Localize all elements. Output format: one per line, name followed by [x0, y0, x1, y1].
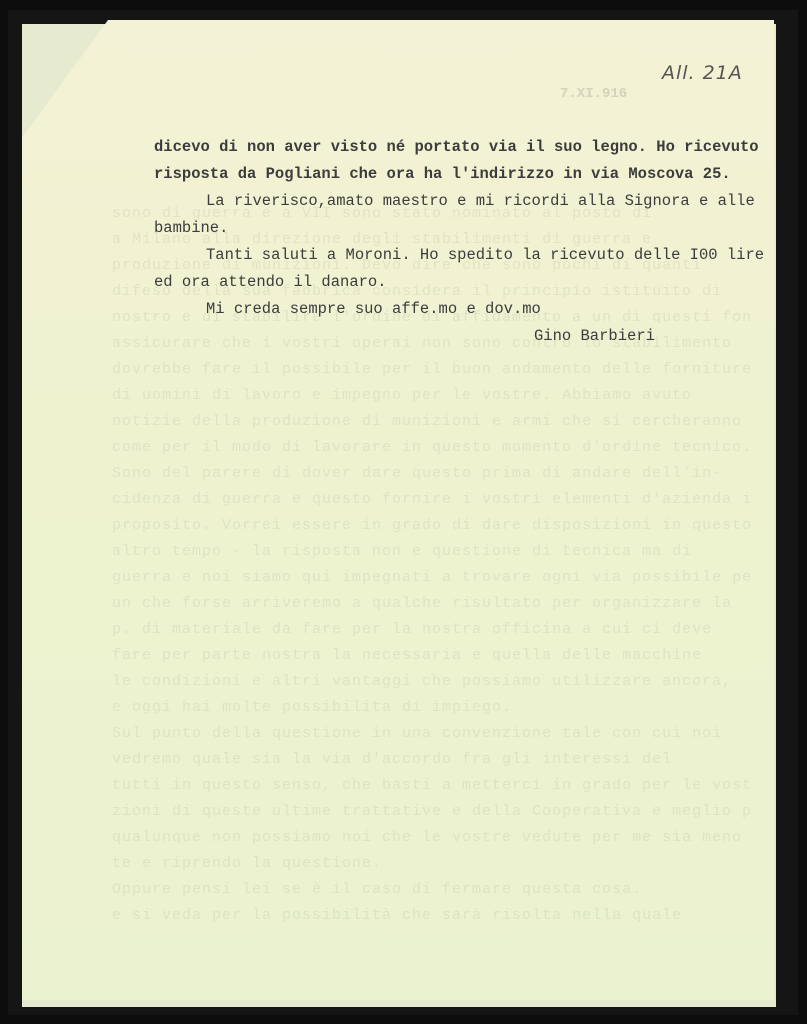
- letter-line: Tanti saluti a Moroni. Ho spedito la ric…: [154, 242, 754, 269]
- bleed-line: come per il modo di lavorare in questo m…: [112, 439, 752, 456]
- letter-body: dicevo di non aver visto né portato via …: [154, 134, 754, 350]
- letter-line: bambine.: [154, 215, 754, 242]
- bleed-line: notizie della produzione di munizioni e …: [112, 413, 752, 430]
- bleed-line: e oggi hai molte possibilita di impiego.: [112, 699, 752, 716]
- bleed-line: te e riprendo la questione.: [112, 855, 752, 872]
- bleed-line: proposito. Vorrei essere in grado di dar…: [112, 517, 752, 534]
- bleed-line: e si veda per la possibilità che sarà ri…: [112, 907, 752, 924]
- bleed-line: fare per parte nostra la necessaria e qu…: [112, 647, 752, 664]
- ghost-date: 7.XI.916: [560, 86, 627, 102]
- bleed-line: qualunque non possiamo noi che le vostre…: [112, 829, 752, 846]
- bleed-line: Sono del parere di dover dare questo pri…: [112, 465, 752, 482]
- bleed-line: cidenza di guerra e questo fornire i vos…: [112, 491, 752, 508]
- letter-line: dicevo di non aver visto né portato via …: [154, 134, 754, 161]
- bleed-line: zioni di queste ultime trattative e dell…: [112, 803, 752, 820]
- signature: Gino Barbieri: [154, 323, 754, 350]
- letter-line: ed ora attendo il danaro.: [154, 269, 754, 296]
- bleed-line: tutti in questo senso, che basti a mette…: [112, 777, 752, 794]
- letter-line: risposta da Pogliani che ora ha l'indiri…: [154, 161, 754, 188]
- letter-line: La riverisco,amato maestro e mi ricordi …: [154, 188, 754, 215]
- bleed-line: Oppure pensi lei se è il caso di fermare…: [112, 881, 752, 898]
- bleed-line: di uomini di lavoro e impegno per le vos…: [112, 387, 752, 404]
- bleed-line: un che forse arriveremo a qualche risult…: [112, 595, 752, 612]
- bleed-line: dovrebbe fare il possibile per il buon a…: [112, 361, 752, 378]
- bleed-line: Sul punto della questione in una convenz…: [112, 725, 752, 742]
- bleed-line: guerra e noi siamo qui impegnati a trova…: [112, 569, 752, 586]
- letter-line: Mi creda sempre suo affe.mo e dov.mo: [154, 296, 754, 323]
- bleed-line: vedremo quale sia la via d'accordo fra g…: [112, 751, 752, 768]
- bleed-line: le condizioni e altri vantaggi che possi…: [112, 673, 752, 690]
- letter-page: sono di guerra e a VII sono stato nomina…: [22, 20, 774, 1000]
- bleed-line: p. di materiale da fare per la nostra of…: [112, 621, 752, 638]
- bleed-line: altro tempo - la risposta non e question…: [112, 543, 752, 560]
- archive-annotation: All. 21A: [662, 62, 743, 84]
